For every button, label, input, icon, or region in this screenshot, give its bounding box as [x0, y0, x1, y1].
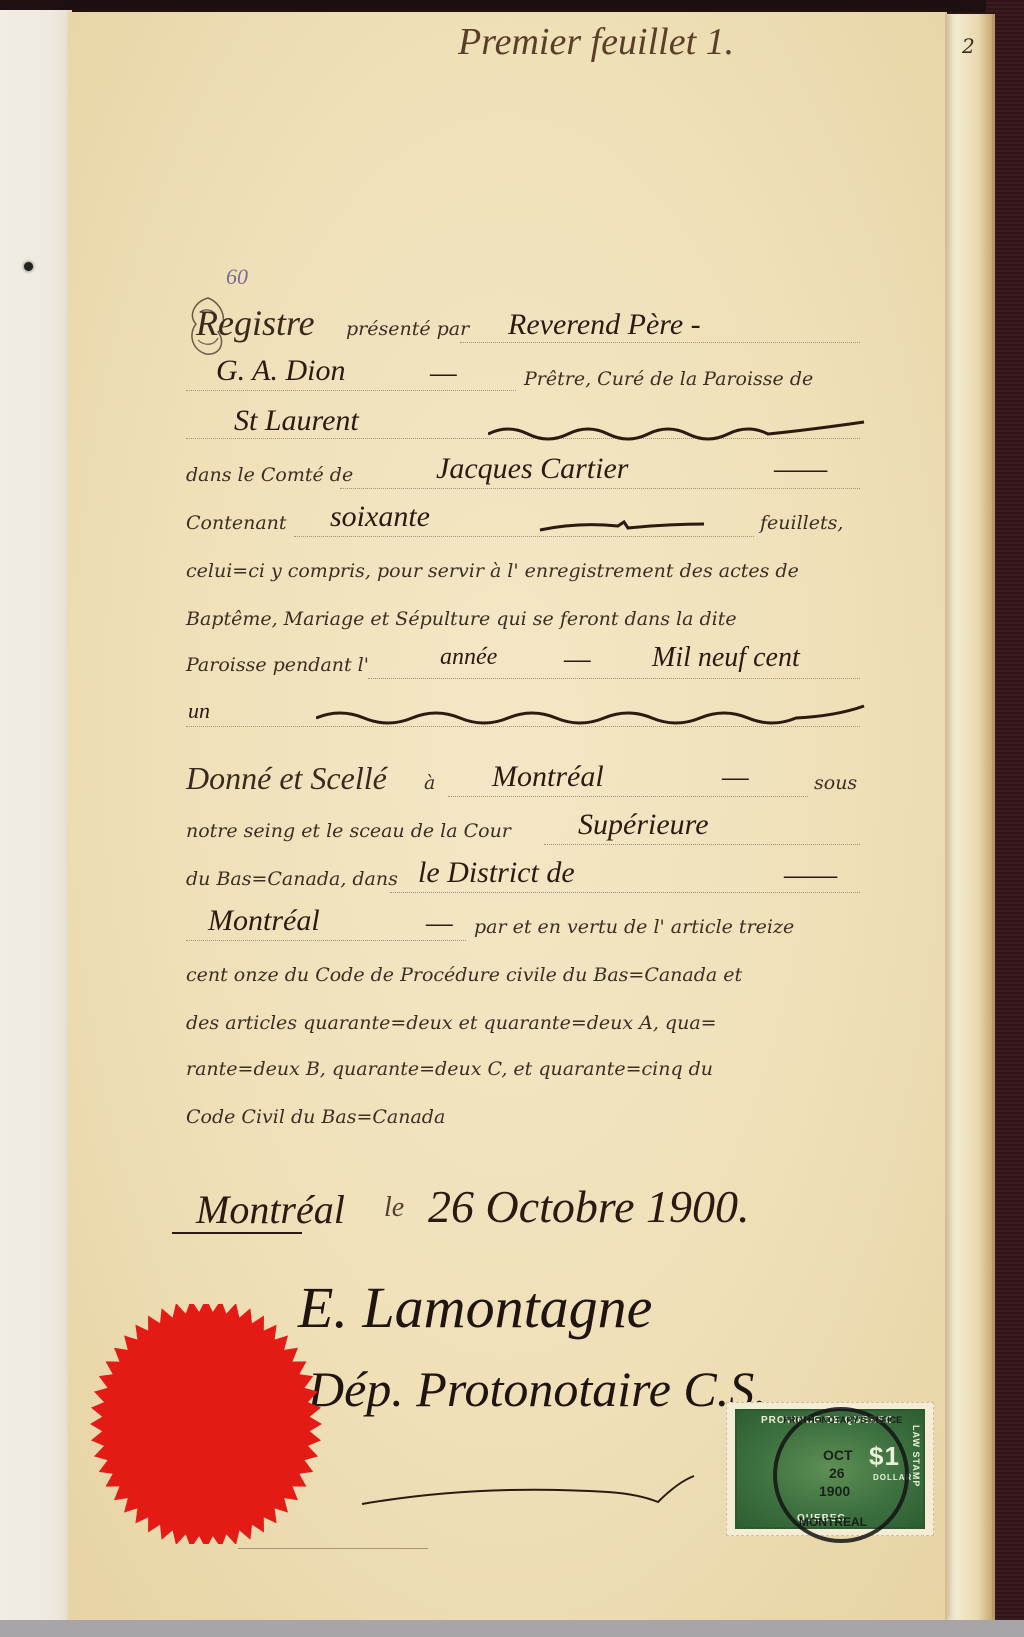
handwritten-field: Reverend Père -	[508, 308, 701, 342]
cancel-day: 26	[829, 1465, 845, 1481]
fill-line	[544, 844, 860, 845]
district-text: le District de	[418, 856, 575, 890]
printed-text: Paroisse pendant l'	[186, 654, 369, 676]
registre-heading: Registre	[196, 302, 315, 344]
signature-flourish-icon	[358, 1472, 698, 1512]
county-name: Jacques Cartier	[436, 452, 628, 486]
printed-text: cent onze du Code de Procédure civile du…	[186, 964, 742, 986]
certificate-page: Premier feuillet 1. 60 Registre présenté…	[68, 12, 947, 1620]
binding-hole	[24, 262, 33, 271]
fill-line	[186, 940, 466, 941]
fill-line	[448, 796, 808, 797]
fill-line	[238, 1548, 428, 1549]
cancel-office: PROTHONOTARY'S OFFICE	[783, 1415, 902, 1425]
stamp-face: PROVINCE DE QUÉBEC $1 DOLLAR QUEBEC LAW …	[735, 1409, 925, 1529]
flourish-line-icon	[538, 516, 708, 536]
fill-line	[390, 892, 860, 893]
printed-text: Code Civil du Bas=Canada	[186, 1106, 445, 1128]
court-name: Supérieure	[578, 808, 709, 842]
cancel-year: 1900	[819, 1483, 850, 1499]
printed-text: Baptême, Mariage et Sépulture qui se fer…	[186, 608, 737, 630]
dash: —	[426, 906, 453, 940]
parish-name: St Laurent	[234, 404, 359, 438]
fill-line	[460, 342, 860, 343]
printed-text: Prêtre, Curé de la Paroisse de	[524, 368, 813, 390]
printed-text: feuillets,	[760, 512, 843, 534]
desk-surface	[0, 1620, 1024, 1637]
printed-text: sous	[814, 772, 857, 794]
cancellation-mark: PROTHONOTARY'S OFFICE OCT 26 1900 MONTRE…	[773, 1407, 909, 1543]
stamp-side-text: LAW STAMP	[911, 1425, 921, 1487]
year-text: Mil neuf cent	[652, 642, 800, 674]
signature-title: Dép. Protonotaire C.S.	[308, 1360, 767, 1418]
fill-line	[340, 488, 860, 489]
dash: —	[564, 642, 591, 676]
city-name: Montréal	[492, 760, 604, 794]
fill-line	[186, 390, 516, 391]
fragment: 2	[962, 34, 975, 58]
printed-text: à	[424, 772, 435, 794]
date-connector: le	[384, 1192, 404, 1224]
left-facing-page	[0, 10, 72, 1622]
handwritten-field: année	[440, 644, 497, 671]
printed-text: des articles quarante=deux et quarante=d…	[186, 1012, 717, 1034]
signature-name: E. Lamontagne	[298, 1274, 652, 1341]
printed-text: notre seing et le sceau de la Cour	[186, 820, 511, 842]
printed-text: dans le Comté de	[186, 464, 353, 486]
cancel-city: MONTREAL	[799, 1515, 867, 1529]
printed-text: celui=ci y compris, pour servir à l' enr…	[186, 560, 799, 582]
leaf-count: soixante	[330, 500, 430, 534]
date-value: 26 Octobre 1900.	[428, 1180, 750, 1233]
printed-text: Contenant	[186, 512, 287, 534]
printed-text: présenté par	[346, 318, 469, 340]
date-underline	[172, 1232, 302, 1234]
flourish-line-icon	[316, 704, 868, 730]
cancel-month: OCT	[823, 1447, 853, 1463]
red-wax-seal-icon	[86, 1304, 326, 1544]
fill-line	[294, 536, 754, 537]
printed-text: par et en vertu de l' article treize	[474, 916, 794, 938]
dash: —	[722, 760, 749, 794]
priest-name: G. A. Dion	[216, 354, 345, 388]
book-top-edge	[0, 0, 1024, 12]
year-continuation: un	[188, 698, 210, 724]
margin-number: 60	[226, 264, 248, 290]
date-place: Montréal	[196, 1186, 345, 1233]
donne-scelle-heading: Donné et Scellé	[186, 760, 387, 797]
fill-line	[368, 678, 860, 679]
district-name: Montréal	[208, 904, 320, 938]
dash: —	[430, 356, 457, 390]
flourish-line-icon	[488, 420, 868, 446]
dash: ——	[784, 858, 837, 892]
dash: ——	[774, 452, 827, 486]
law-stamp: PROVINCE DE QUÉBEC $1 DOLLAR QUEBEC LAW …	[726, 1402, 934, 1536]
printed-text: du Bas=Canada, dans	[186, 868, 398, 890]
header-note: Premier feuillet 1.	[458, 20, 734, 64]
printed-text: rante=deux B, quarante=deux C, et quaran…	[186, 1058, 713, 1080]
